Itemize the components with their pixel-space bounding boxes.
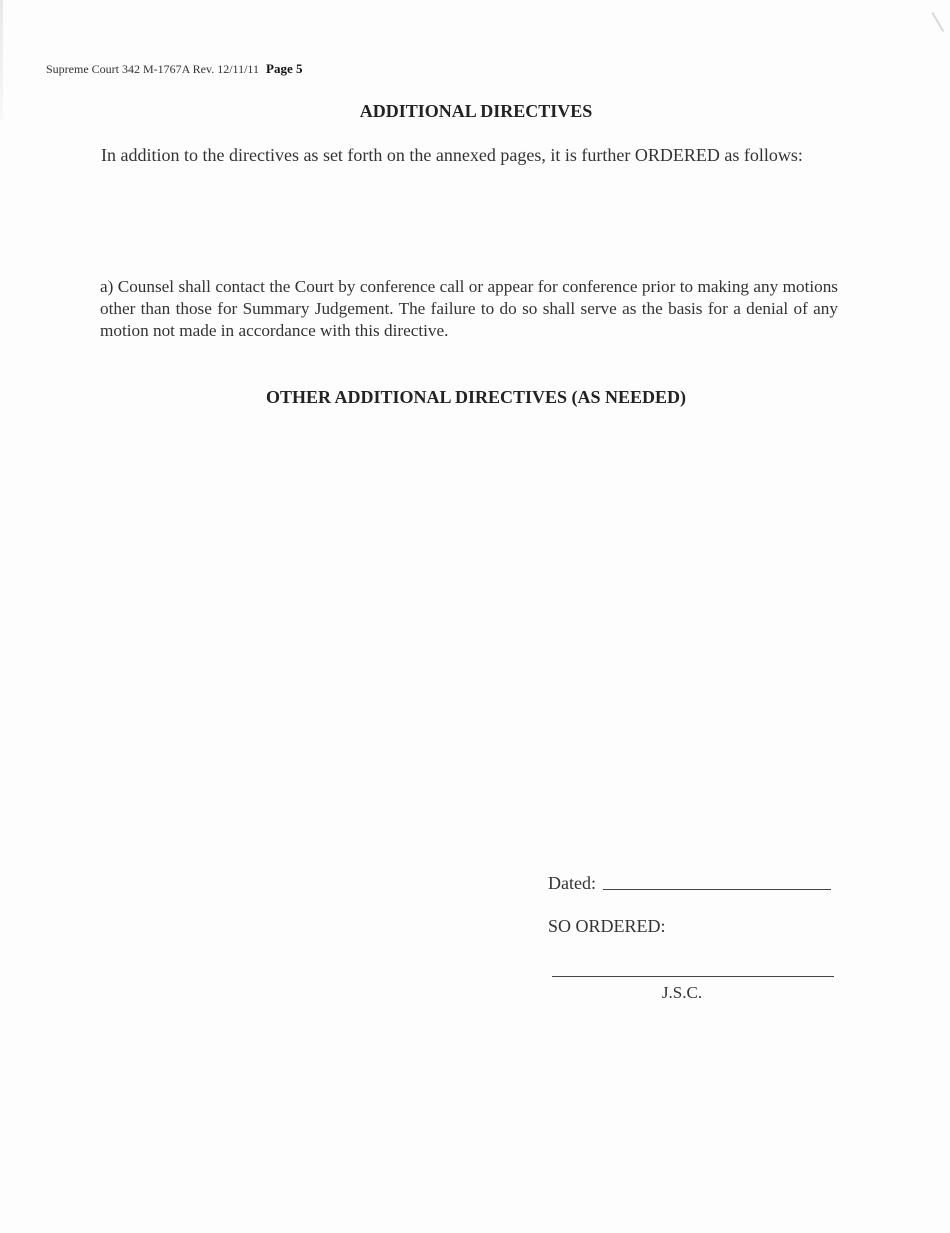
signer-title: J.S.C. [552,983,812,1003]
document-page: Supreme Court 342 M-1767A Rev. 12/11/11 … [0,0,950,1233]
intro-paragraph: In addition to the directives as set for… [101,145,803,166]
scan-corner-artifact [931,6,950,32]
form-identifier: Supreme Court 342 M-1767A Rev. 12/11/11 … [46,61,302,77]
signature-line [552,976,834,977]
directive-a: a) Counsel shall contact the Court by co… [100,276,838,342]
so-ordered-label: SO ORDERED: [548,916,666,937]
other-directives-title: OTHER ADDITIONAL DIRECTIVES (AS NEEDED) [0,387,950,408]
dated-field-line [603,889,831,890]
form-number: Supreme Court 342 M-1767A Rev. 12/11/11 [46,62,259,76]
page-number: Page 5 [266,61,302,76]
dated-label: Dated: [548,873,596,894]
section-title: ADDITIONAL DIRECTIVES [0,101,950,122]
